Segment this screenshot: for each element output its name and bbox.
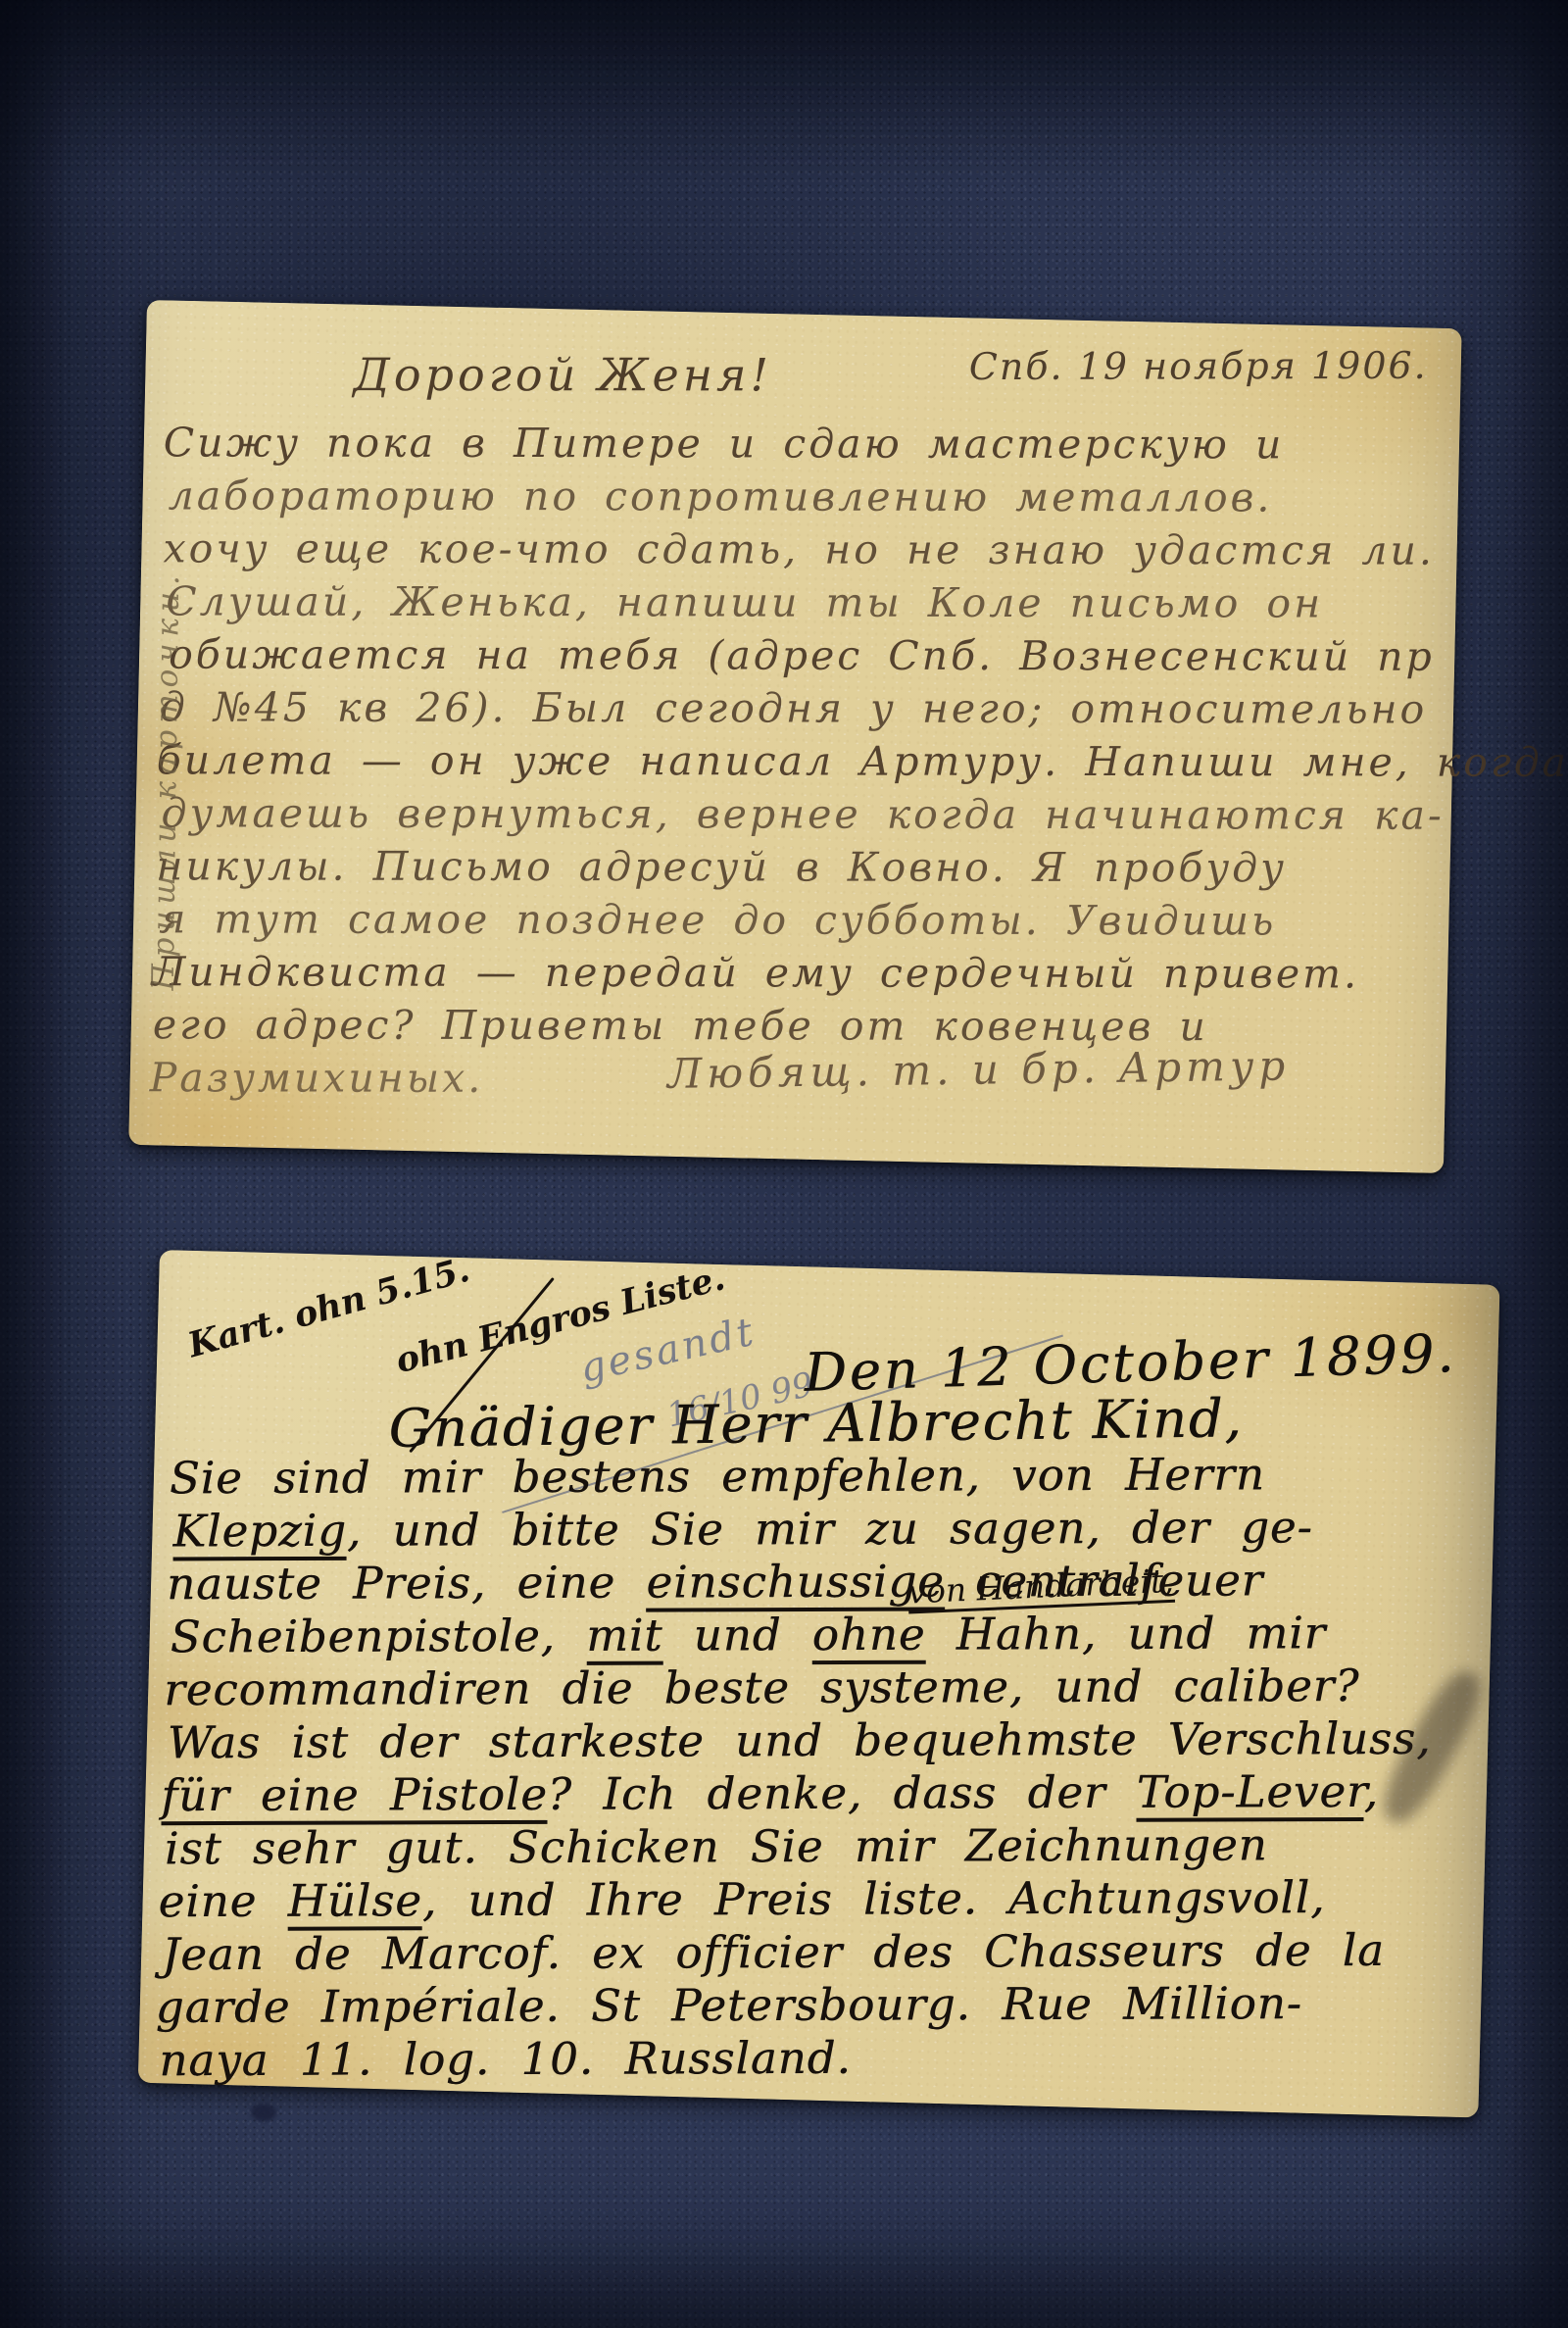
handwriting-line: eine Hülse, und Ihre Preis liste. Achtun…	[158, 1871, 1427, 1929]
photo-of-postcards: { "photo": { "background_color": "#2b345…	[0, 0, 1568, 2328]
handwriting-line: recommandiren die beste systeme, und cal…	[164, 1659, 1433, 1717]
handwriting-line: Jean de Marcof. ex officier des Chasseur…	[162, 1924, 1426, 1982]
bottom-postcard-body: Sie sind mir bestens empfehlen, von Herr…	[154, 1452, 1439, 2120]
handwriting-line: билета — он уже написал Артуру. Напиши м…	[157, 733, 1568, 789]
handwriting-line: Сижу пока в Питере и сдаю мастерскую и	[164, 416, 1568, 471]
handwriting-line: д №45 кв 26). Был сегодня у него; относи…	[160, 680, 1568, 736]
handwriting-line: nauste Preis, eine einschussige centralf…	[167, 1554, 1436, 1611]
handwriting-line: Sie sind mir bestens empfehlen, von Herr…	[170, 1448, 1439, 1506]
handwriting-line: хочу еще кое-что сдать, но не знаю удаст…	[163, 521, 1568, 577]
top-postcard-signature: Любящ. т. и бр. Артур	[667, 1042, 1291, 1098]
handwriting-line: Was ist der starkeste und bequehmste Ver…	[168, 1712, 1432, 1770]
handwriting-line: Klepzig, und bitte Sie mir zu sagen, der…	[172, 1501, 1437, 1559]
handwriting-line: Scheibenpistole, mit und ohne Hahn, und …	[171, 1607, 1435, 1664]
top-postcard-date: Спб. 19 ноября 1906.	[969, 344, 1428, 388]
handwriting-line: никулы. Письмо адресуй в Ковно. Я пробуд…	[156, 839, 1566, 895]
handwriting-line: думаешь вернуться, вернее когда начинают…	[162, 786, 1568, 842]
handwriting-line: naya 11. log. 10. Russland.	[159, 2030, 1423, 2088]
handwriting-line: я тут самое позднее до субботы. Увидишь	[159, 892, 1565, 948]
handwriting-line: Слушай, Женька, напиши ты Коле письмо он	[166, 574, 1568, 630]
handwriting-line: ist sehr gut. Schicken Sie mir Zeichnung…	[165, 1818, 1429, 1876]
bottom-postcard: Kart. ohn 5.15. ohn Engros Liste. gesand…	[138, 1250, 1500, 2118]
handwriting-line: лабораторию по сопротивлению металлов.	[169, 470, 1568, 525]
handwriting-line: обижается на тебя (адрес Спб. Вознесенск…	[169, 628, 1568, 683]
top-postcard: Спб. 19 ноября 1906. Дорогой Женя! Сижу …	[128, 300, 1461, 1173]
handwriting-line: Линдквиста — передай ему сердечный приве…	[152, 945, 1564, 1001]
top-postcard-body: Сижу пока в Питере и сдаю мастерскую ила…	[149, 416, 1568, 1134]
handwriting-line: garde Impériale. St Petersbourg. Rue Mil…	[156, 1977, 1425, 2035]
top-postcard-margin-note: Пришли карточки.	[146, 569, 187, 991]
handwriting-line: für eine Pistole? Ich denke, dass der To…	[161, 1765, 1430, 1823]
handwriting-line: его адрес? Приветы тебе от ковенцев и	[153, 998, 1563, 1054]
top-postcard-salutation: Дорогой Женя!	[353, 348, 772, 401]
